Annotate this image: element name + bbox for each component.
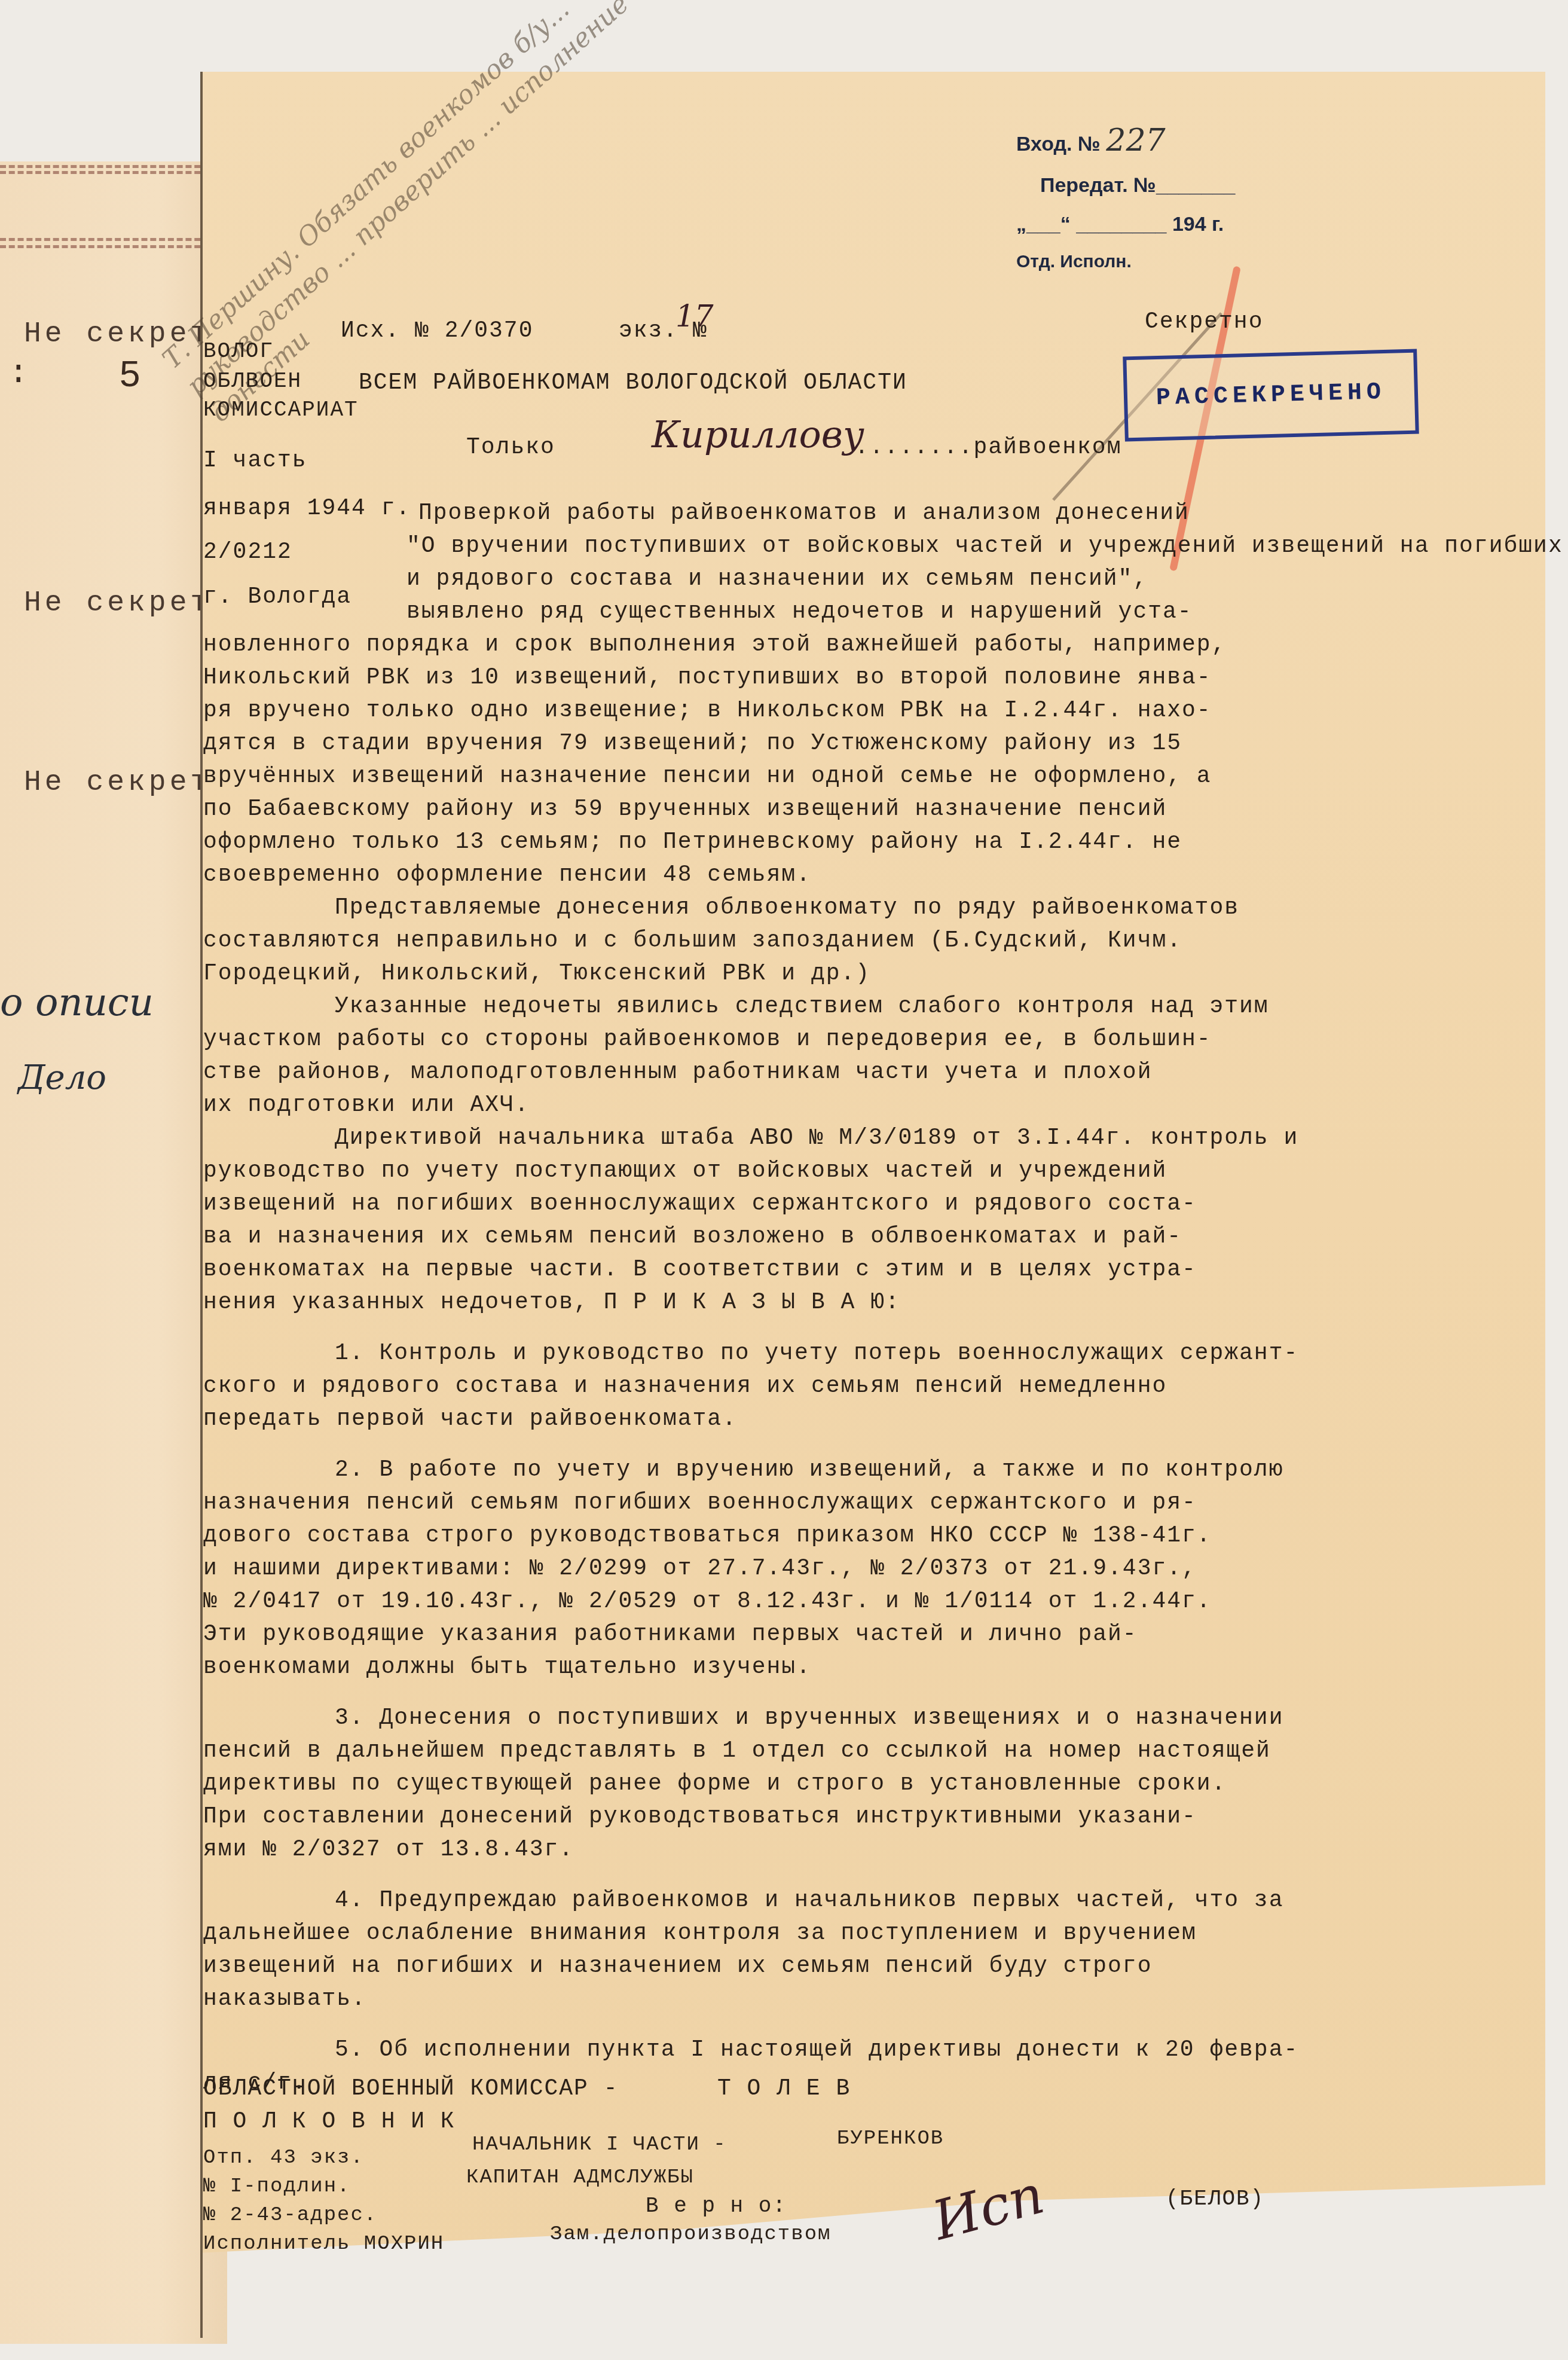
body-line: оформлено только 13 семьям; по Петриневс… [203,831,1182,854]
sender-dept: I часть [203,450,307,472]
forwarded-label: Передат. № [1040,174,1156,197]
body-line: вручённых извещений назначение пенсии ни… [203,765,1212,788]
body-line: и нашими директивами: № 2/0299 от 27.7.4… [203,1558,1197,1580]
handwritten-inventory-note: о описи [0,981,154,1025]
deputy-name: (БЕЛОВ) [1166,2188,1264,2210]
body-line: ями № 2/0327 от 13.8.43г. [203,1839,574,1861]
registration-stamp: Вход. № 227 Передат. №_______ „___“ ____… [1016,123,1235,288]
body-line: передать первой части райвоенкомата. [203,1408,737,1431]
sender-fragment: ВОЛОГ [203,341,274,362]
stitch-line [0,171,209,182]
dept-label: Отд. Исполн. [1016,252,1235,272]
commissar-title: ОБЛАСТНОЙ ВОЕННЫЙ КОМИССАР - [203,2078,619,2101]
stitch-line [0,245,209,257]
addressee: ВСЕМ РАЙВОЕНКОМАМ ВОЛОГОДСКОЙ ОБЛАСТИ [359,372,907,395]
not-secret-label: Не секрет [24,767,221,799]
not-secret-label: Не секрет [24,587,221,619]
body-line: Директивой начальника штаба АВО № М/3/01… [335,1127,1298,1150]
stamp-date-line: „___“ ________ 194 г. [1016,213,1235,236]
true-copy-label: В е р н о: [646,2196,787,2217]
body-line: Эти руководящие указания работниками пер… [203,1623,1138,1646]
sender-number: 2/0212 [203,541,292,564]
sender-city: г. Вологда [203,586,351,609]
distribution-line: Отп. 43 экз. [203,2148,364,2168]
handwritten-file-note: Дело [18,1058,106,1097]
sender-fragment: ОБЛВОЕН [203,371,302,392]
body-line: Указанные недочеты явились следствием сл… [335,996,1269,1018]
commissar-name: Т О Л Е В [717,2078,851,2101]
body-line: руководство по учету поступающих от войс… [203,1160,1167,1183]
body-line: военкоматах на первые части. В соответст… [203,1259,1197,1281]
binding-edge [200,72,203,2338]
body-line: дового состава строго руководствоваться … [203,1525,1212,1547]
body-line: и рядового состава и назначении их семья… [406,568,1148,591]
body-line: 4. Предупреждаю райвоенкомов и начальник… [335,1889,1283,1912]
declassified-stamp: РАССЕКРЕЧЕНО [1123,349,1419,442]
deputy-label: Зам.делопроизводством [550,2224,831,2245]
classification: Секретно [1145,311,1263,334]
page-number: 5 [120,353,140,395]
body-line: военкомами должны быть тщательно изучены… [203,1656,811,1679]
chief-rank: КАПИТАН АДМСЛУЖБЫ [466,2167,694,2188]
chief-name: БУРЕНКОВ [837,2129,944,2149]
copy-number: 17 [676,299,714,334]
body-line: нения указанных недочетов, П Р И К А З Ы… [203,1292,900,1314]
underlying-left-page: : 5 Не секрет Не секрет Не секрет о опис… [0,161,227,2344]
body-line: дальнейшее ослабление внимания контроля … [203,1922,1197,1945]
sender-fragment: КОМИССАРИАТ [203,399,359,421]
body-line: назначения пенсий семьям погибших военно… [203,1492,1197,1515]
body-line: директивы по существующей ранее форме и … [203,1773,1226,1796]
only-label: Только [466,436,555,459]
body-line: ва и назначения их семьям пенсий возложе… [203,1226,1182,1248]
body-line: Проверкой работы райвоенкоматов и анализ… [418,502,1190,525]
distribution-line: № 2-43-адрес. [203,2205,377,2225]
body-line: 5. Об исполнении пункта I настоящей дире… [335,2039,1298,2062]
body-line: № 2/0417 от 19.10.43г., № 2/0529 от 8.12… [203,1590,1212,1613]
body-line: новленного порядка и срок выполнения это… [203,634,1226,657]
body-line: своевременно оформление пенсии 48 семьям… [203,864,811,887]
executor: Исполнитель МОХРИН [203,2234,444,2254]
body-line: извещений на погибших и назначением их с… [203,1955,1152,1978]
body-line: Никольский РВК из 10 извещений, поступив… [203,667,1212,689]
body-line: извещений на погибших военнослужащих сер… [203,1193,1197,1216]
chief-title: НАЧАЛЬНИК I ЧАСТИ - [472,2135,727,2155]
incoming-label: Вход. № [1016,133,1101,155]
body-line: участком работы со стороны райвоенкомов … [203,1028,1212,1051]
body-line: ского и рядового состава и назначения их… [203,1375,1167,1398]
body-line: 3. Донесения о поступивших и врученных и… [335,1707,1283,1730]
body-line: их подготовки или АХЧ. [203,1094,530,1117]
body-line: Городецкий, Никольский, Тюксенский РВК и… [203,963,870,985]
body-line: пенсий в дальнейшем представлять в 1 отд… [203,1740,1271,1763]
body-line: стве районов, малоподготовленным работни… [203,1061,1152,1084]
page-colon: : [8,354,29,392]
handwritten-addressee-name: Кириллову [652,413,864,456]
body-line: 2. В работе по учету и вручению извещени… [335,1459,1283,1482]
distribution-line: № I-подлин. [203,2176,350,2197]
doc-date: января 1944 г. [203,497,411,520]
body-line: ря вручено только одно извещение; в Нико… [203,700,1212,722]
body-line: "О вручении поступивших от войсковых час… [406,535,1568,558]
commissar-rank: П О Л К О В Н И К [203,2111,456,2133]
incoming-number: 227 [1106,123,1165,158]
body-line: составляются неправильно и с большим зап… [203,930,1182,952]
body-line: 1. Контроль и руководство по учету потер… [335,1342,1298,1365]
body-line: Представляемые донесения облвоенкомату п… [335,897,1239,920]
body-line: по Бабаевскому району из 59 врученных из… [203,798,1167,821]
body-line: наказывать. [203,1988,366,2011]
only-suffix: ........райвоенком [855,436,1121,459]
body-line: дятся в стадии вручения 79 извещений; по… [203,732,1182,755]
doc-reference: Исх. № 2/0370 [341,320,533,343]
body-line: При составлении донесений руководствоват… [203,1806,1197,1828]
body-line: выявлено ряд существенных недочетов и на… [406,601,1193,624]
